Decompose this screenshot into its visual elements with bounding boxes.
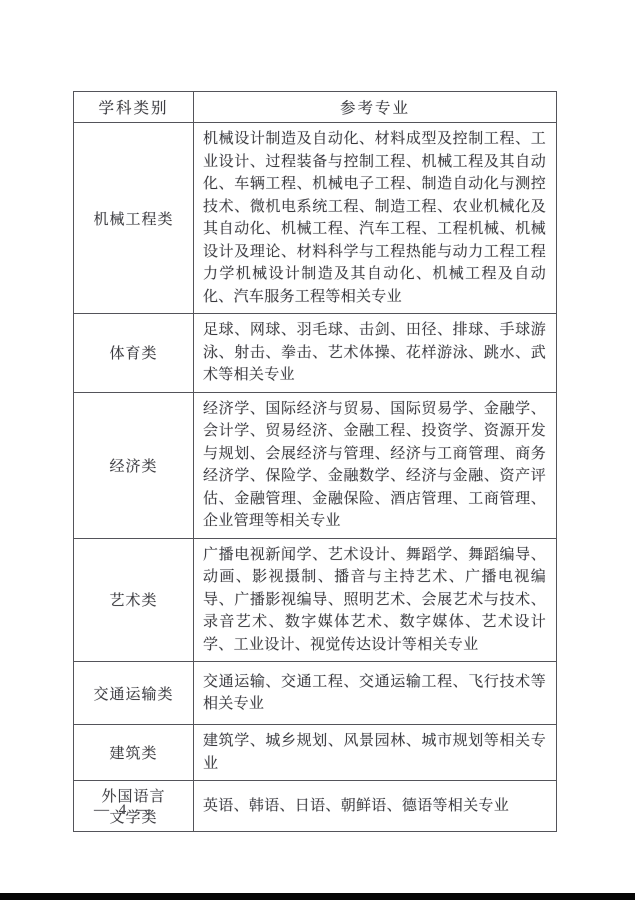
category-cell: 经济类 [74,393,194,538]
majors-cell: 建筑学、城乡规划、风景园林、城市规划等相关专业 [194,725,556,780]
table-row: 体育类 足球、网球、羽毛球、击剑、田径、排球、手球游泳、射击、拳击、艺术体操、花… [74,313,556,392]
scan-bottom-bar [0,893,635,900]
header-category: 学科类别 [74,92,194,122]
category-cell: 交通运输类 [74,662,194,724]
table-row: 机械工程类 机械设计制造及自动化、材料成型及控制工程、工业设计、过程装备与控制工… [74,122,556,313]
majors-cell: 交通运输、交通工程、交通运输工程、飞行技术等相关专业 [194,662,556,724]
table-header-row: 学科类别 参考专业 [74,92,556,122]
scanned-document-page: 学科类别 参考专业 机械工程类 机械设计制造及自动化、材料成型及控制工程、工业设… [0,0,635,900]
header-majors: 参考专业 [194,92,556,122]
category-cell: 建筑类 [74,725,194,780]
majors-cell: 机械设计制造及自动化、材料成型及控制工程、工业设计、过程装备与控制工程、机械工程… [194,123,556,313]
category-cell: 艺术类 [74,539,194,662]
majors-reference-table: 学科类别 参考专业 机械工程类 机械设计制造及自动化、材料成型及控制工程、工业设… [73,91,557,832]
category-cell: 体育类 [74,314,194,392]
majors-cell: 足球、网球、羽毛球、击剑、田径、排球、手球游泳、射击、拳击、艺术体操、花样游泳、… [194,314,556,392]
page-number: — 4 — [94,802,154,819]
majors-cell: 经济学、国际经济与贸易、国际贸易学、金融学、会计学、贸易经济、金融工程、投资学、… [194,393,556,538]
table-row: 交通运输类 交通运输、交通工程、交通运输工程、飞行技术等相关专业 [74,661,556,724]
category-cell: 机械工程类 [74,123,194,313]
table-row: 经济类 经济学、国际经济与贸易、国际贸易学、金融学、会计学、贸易经济、金融工程、… [74,392,556,538]
table-row: 建筑类 建筑学、城乡规划、风景园林、城市规划等相关专业 [74,724,556,780]
majors-cell: 广播电视新闻学、艺术设计、舞蹈学、舞蹈编导、动画、影视摄制、播音与主持艺术、广播… [194,539,556,662]
table-row: 艺术类 广播电视新闻学、艺术设计、舞蹈学、舞蹈编导、动画、影视摄制、播音与主持艺… [74,538,556,662]
majors-cell: 英语、韩语、日语、朝鲜语、德语等相关专业 [194,781,556,831]
